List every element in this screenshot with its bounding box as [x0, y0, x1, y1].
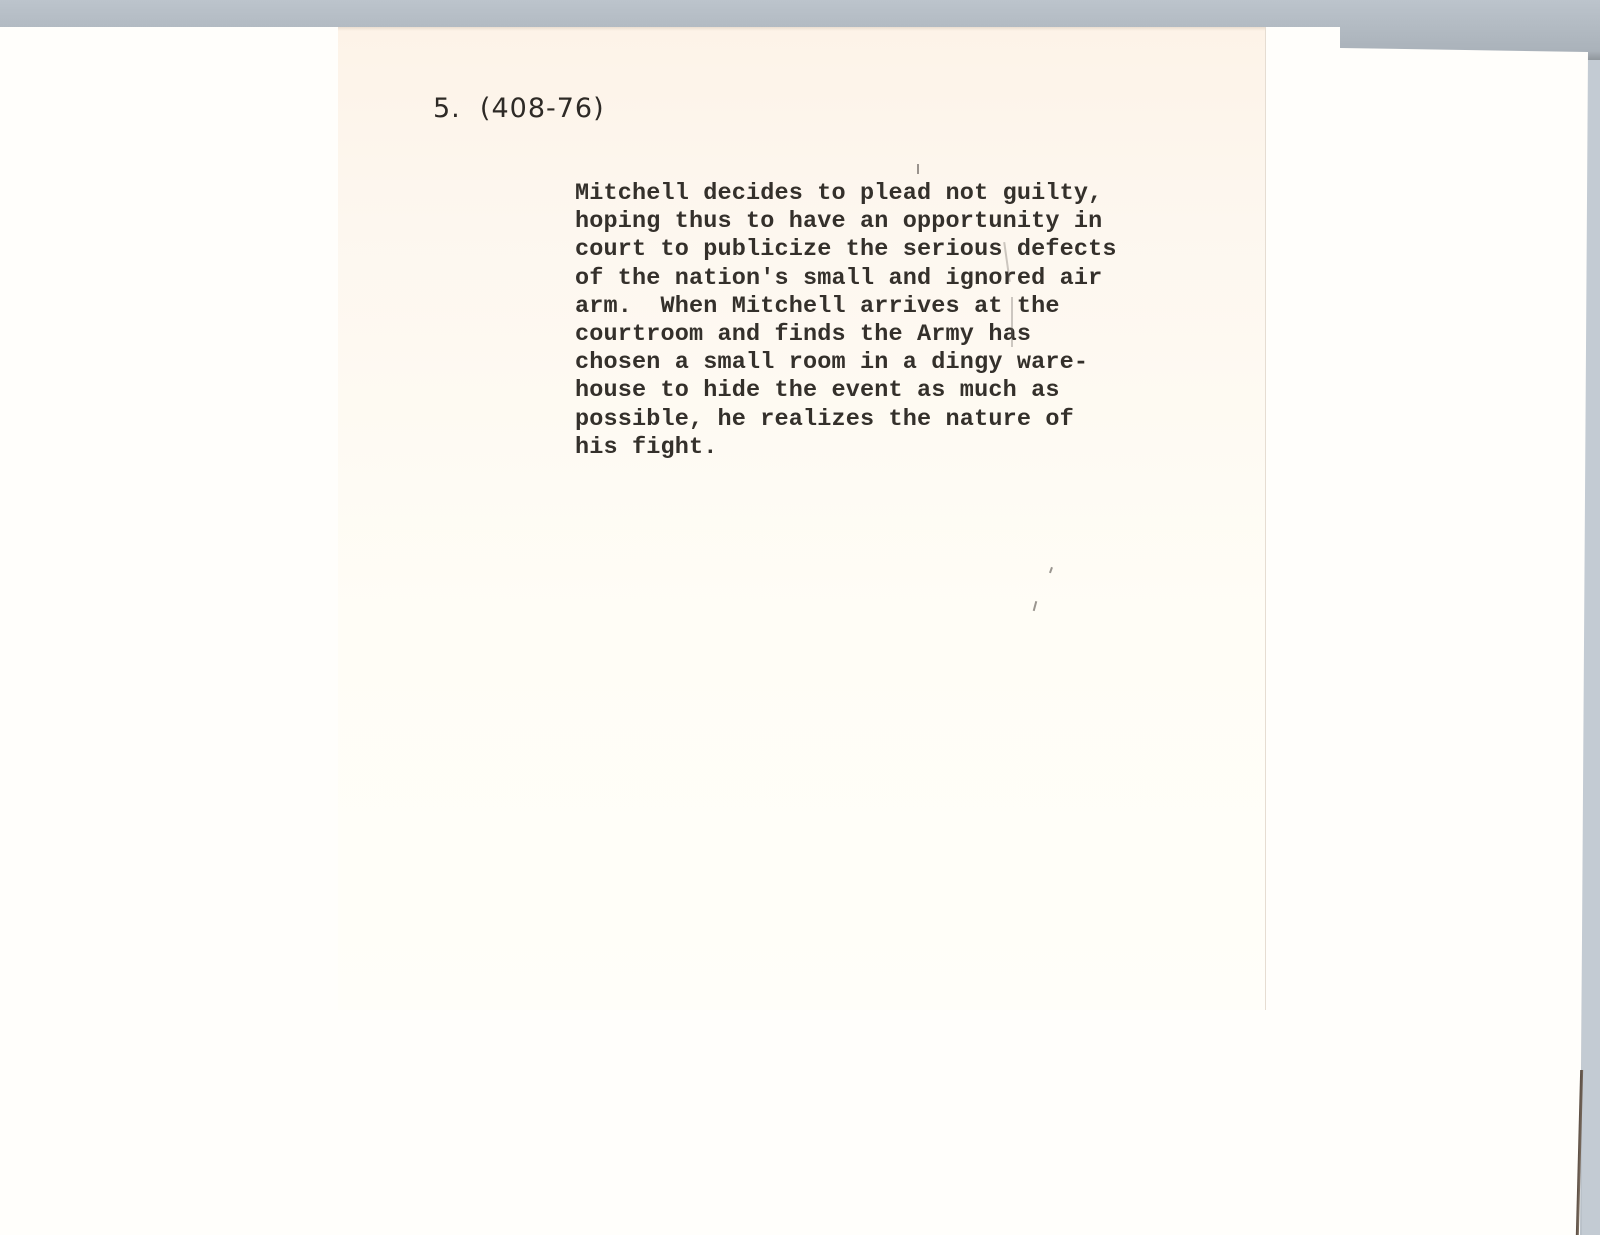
caption-line: court to publicize the serious defects — [575, 236, 1117, 264]
caption-line: his fight. — [575, 434, 1117, 462]
caption-line: chosen a small room in a dingy ware- — [575, 349, 1117, 377]
caption-line: house to hide the event as much as — [575, 377, 1117, 405]
pencil-mark — [1011, 297, 1013, 347]
pencil-mark — [1033, 601, 1037, 611]
caption-line: hoping thus to have an opportunity in — [575, 208, 1117, 236]
caption-line: of the nation's small and ignored air — [575, 265, 1117, 293]
pencil-mark — [917, 164, 919, 174]
caption-line: possible, he realizes the nature of — [575, 406, 1117, 434]
pencil-mark — [1049, 567, 1052, 573]
caption-card: 5. (408-76) Mitchell decides to plead no… — [338, 27, 1265, 1010]
caption-text: Mitchell decides to plead not guilty, ho… — [575, 180, 1117, 462]
caption-line: Mitchell decides to plead not guilty, — [575, 180, 1117, 208]
caption-line: courtroom and finds the Army has — [575, 321, 1117, 349]
caption-line: arm. When Mitchell arrives at the — [575, 293, 1117, 321]
card-number: 5. (408-76) — [433, 93, 605, 124]
